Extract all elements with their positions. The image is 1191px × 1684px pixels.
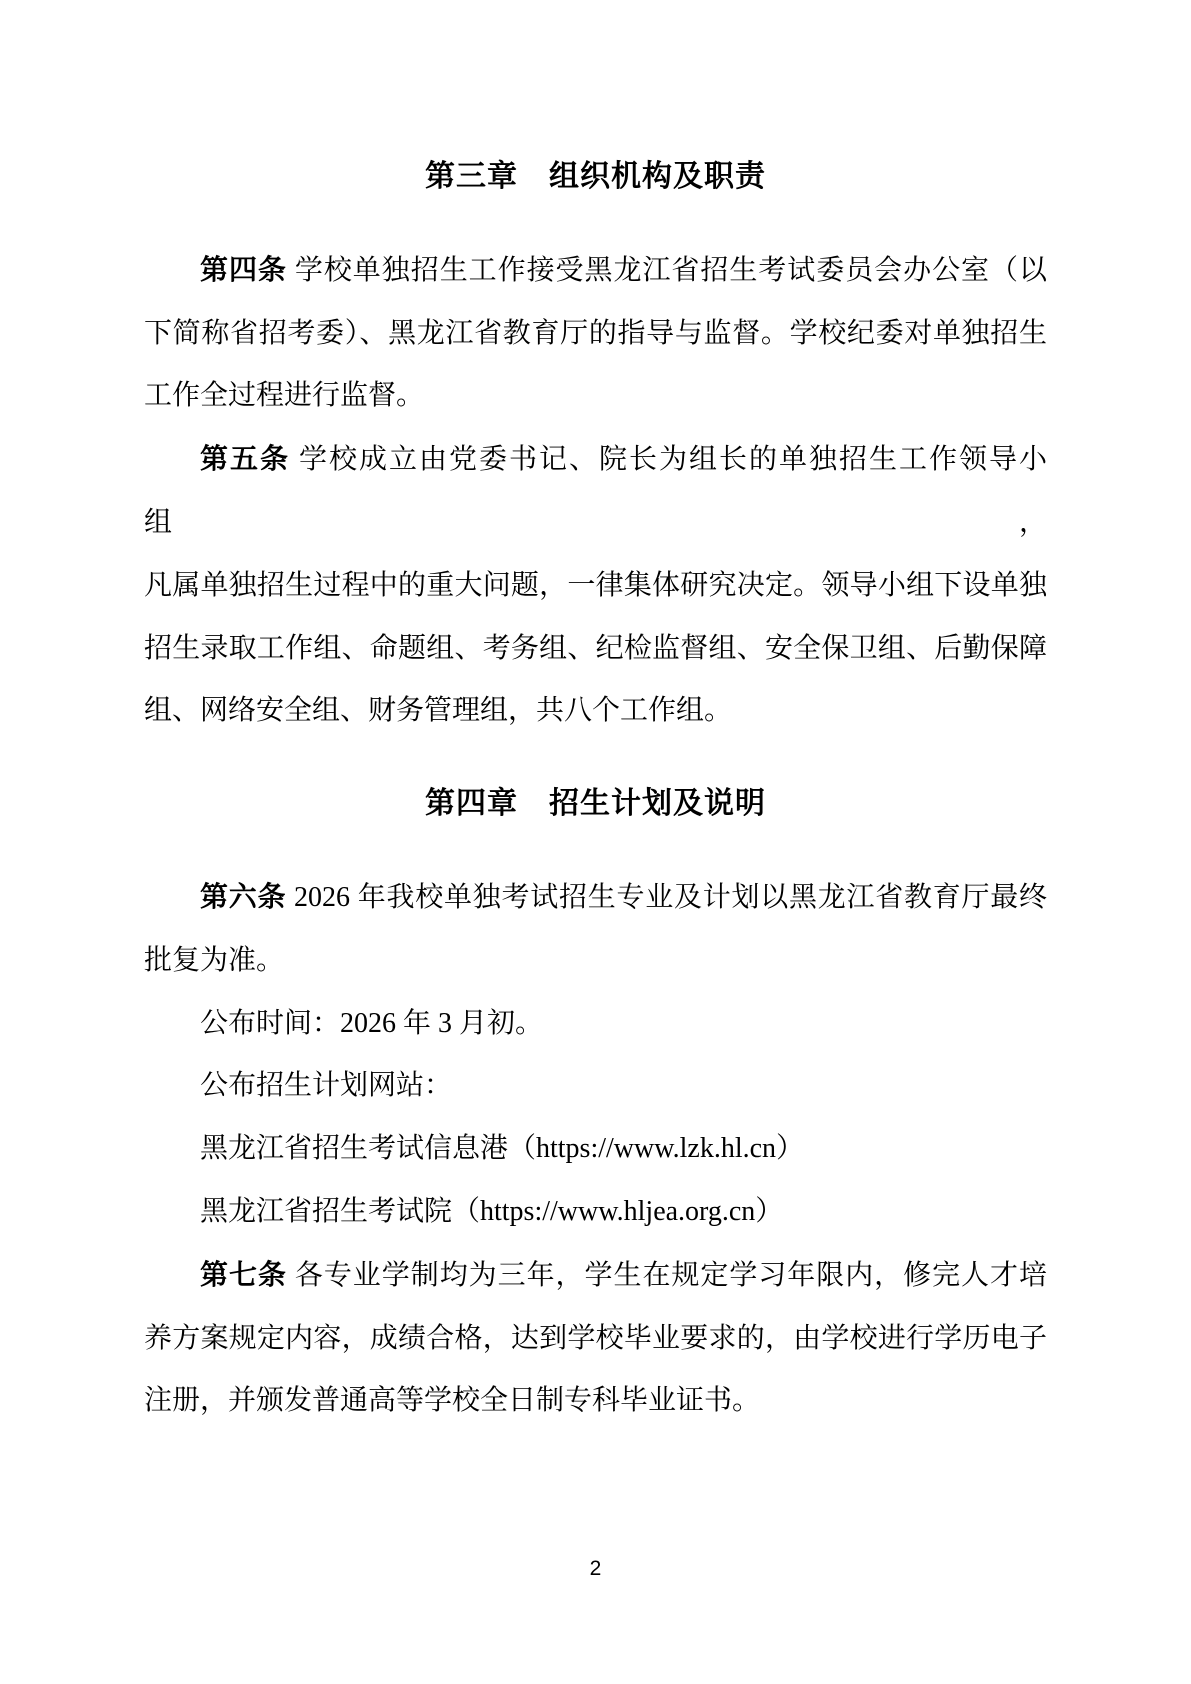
document-body: 第三章 组织机构及职责第四条 学校单独招生工作接受黑龙江省招生考试委员会办公室（… — [144, 146, 1047, 1433]
website-hljea: 黑龙江省招生考试院（https://www.hljea.org.cn） — [144, 1181, 1047, 1244]
article-5-line-3: 招生录取工作组、命题组、考务组、纪检监督组、安全保卫组、后勤保障 — [144, 618, 1047, 681]
article-7-line-1: 第七条 各专业学制均为三年，学生在规定学习年限内，修完人才培 — [144, 1244, 1047, 1308]
publish-website-label-line-1: 公布招生计划网站： — [144, 1055, 1047, 1118]
website-lzk: 黑龙江省招生考试信息港（https://www.lzk.hl.cn） — [144, 1118, 1047, 1181]
website-lzk-line-1: 黑龙江省招生考试信息港（https://www.lzk.hl.cn） — [144, 1118, 1047, 1181]
article-7-number: 第七条 — [200, 1259, 287, 1290]
article-6: 第六条 2026 年我校单独考试招生专业及计划以黑龙江省教育厅最终批复为准。 — [144, 866, 1047, 993]
article-6-number: 第六条 — [200, 881, 286, 912]
publish-time-line-1: 公布时间：2026 年 3 月初。 — [144, 993, 1047, 1056]
article-4-number: 第四条 — [200, 254, 287, 285]
article-5-line-2: 凡属单独招生过程中的重大问题，一律集体研究决定。领导小组下设单独 — [144, 555, 1047, 618]
article-4-line-2: 下简称省招考委）、黑龙江省教育厅的指导与监督。学校纪委对单独招生 — [144, 303, 1047, 366]
article-4-text: 学校单独招生工作接受黑龙江省招生考试委员会办公室（以 — [287, 255, 1047, 286]
article-6-text: 2026 年我校单独考试招生专业及计划以黑龙江省教育厅最终 — [286, 882, 1047, 913]
article-7: 第七条 各专业学制均为三年，学生在规定学习年限内，修完人才培养方案规定内容，成绩… — [144, 1244, 1047, 1433]
article-4: 第四条 学校单独招生工作接受黑龙江省招生考试委员会办公室（以下简称省招考委）、黑… — [144, 239, 1047, 428]
chapter-4-heading: 第四章 招生计划及说明 — [144, 773, 1047, 836]
chapter-3-heading: 第三章 组织机构及职责 — [144, 146, 1047, 209]
article-5-line-4: 组、网络安全组、财务管理组，共八个工作组。 — [144, 680, 1047, 743]
article-7-line-2: 养方案规定内容，成绩合格，达到学校毕业要求的，由学校进行学历电子 — [144, 1308, 1047, 1371]
article-7-line-3: 注册，并颁发普通高等学校全日制专科毕业证书。 — [144, 1370, 1047, 1433]
page-footer: 2 — [0, 1556, 1191, 1582]
article-5-number: 第五条 — [200, 443, 290, 474]
document-page: 第三章 组织机构及职责第四条 学校单独招生工作接受黑龙江省招生考试委员会办公室（… — [0, 0, 1191, 1684]
article-6-line-2: 批复为准。 — [144, 930, 1047, 993]
article-5: 第五条 学校成立由党委书记、院长为组长的单独招生工作领导小组，凡属单独招生过程中… — [144, 428, 1047, 743]
publish-website-label: 公布招生计划网站： — [144, 1055, 1047, 1118]
article-4-line-3: 工作全过程进行监督。 — [144, 365, 1047, 428]
article-4-line-1: 第四条 学校单独招生工作接受黑龙江省招生考试委员会办公室（以 — [144, 239, 1047, 303]
page-number: 2 — [590, 1557, 602, 1580]
article-6-line-1: 第六条 2026 年我校单独考试招生专业及计划以黑龙江省教育厅最终 — [144, 866, 1047, 930]
publish-time: 公布时间：2026 年 3 月初。 — [144, 993, 1047, 1056]
article-5-line-1: 第五条 学校成立由党委书记、院长为组长的单独招生工作领导小组， — [144, 428, 1047, 555]
article-7-text: 各专业学制均为三年，学生在规定学习年限内，修完人才培 — [287, 1260, 1047, 1291]
website-hljea-line-1: 黑龙江省招生考试院（https://www.hljea.org.cn） — [144, 1181, 1047, 1244]
